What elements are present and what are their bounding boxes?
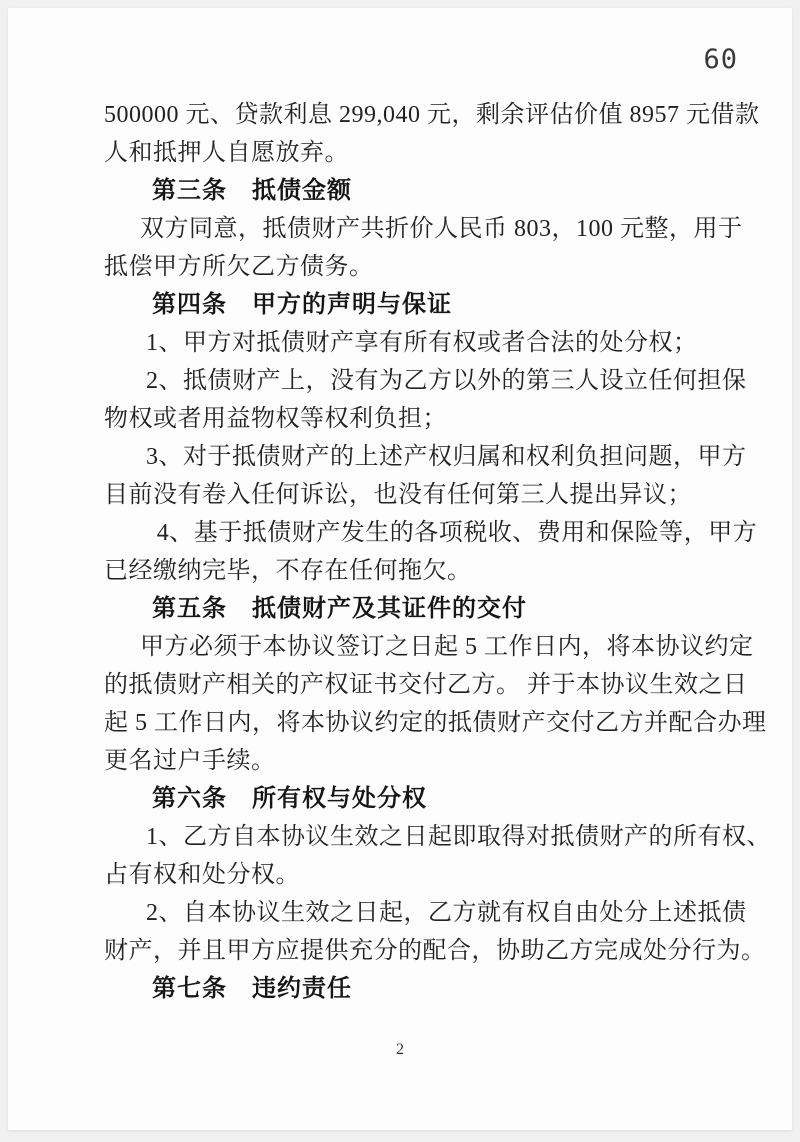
section-heading: 第七条 违约责任 (104, 970, 720, 1008)
section-heading: 第五条 抵债财产及其证件的交付 (104, 590, 720, 628)
doc-text-line: 双方同意，抵债财产共折价人民币 803，100 元整，用于 (104, 210, 720, 248)
doc-text-line: 1、甲方对抵债财产享有所有权或者合法的处分权； (104, 324, 720, 362)
doc-text-line: 目前没有卷入任何诉讼，也没有任何第三人提出异议； (104, 476, 720, 514)
doc-text-line: 人和抵押人自愿放弃。 (104, 134, 720, 172)
doc-text-line: 的抵债财产相关的产权证书交付乙方。 并于本协议生效之日 (104, 666, 720, 704)
doc-text-line: 更名过户手续。 (104, 742, 720, 780)
document-content: 500000 元、贷款利息 299,040 元，剩余评估价值 8957 元借款人… (104, 96, 720, 1008)
section-heading: 第六条 所有权与处分权 (104, 780, 720, 818)
doc-text-line: 抵偿甲方所欠乙方债务。 (104, 248, 720, 286)
screenshot-root: 60 500000 元、贷款利息 299,040 元，剩余评估价值 8957 元… (0, 0, 800, 1142)
doc-text-line: 起 5 工作日内，将本协议约定的抵债财产交付乙方并配合办理 (104, 704, 720, 742)
document-page: 60 500000 元、贷款利息 299,040 元，剩余评估价值 8957 元… (8, 8, 792, 1130)
page-stamp-number: 60 (703, 44, 738, 75)
doc-text-line: 财产，并且甲方应提供充分的配合，协助乙方完成处分行为。 (104, 932, 720, 970)
doc-text-line: 甲方必须于本协议签订之日起 5 工作日内，将本协议约定 (104, 628, 720, 666)
doc-text-line: 500000 元、贷款利息 299,040 元，剩余评估价值 8957 元借款 (104, 96, 720, 134)
section-heading: 第四条 甲方的声明与保证 (104, 286, 720, 324)
doc-text-line: 物权或者用益物权等权利负担； (104, 400, 720, 438)
section-heading: 第三条 抵债金额 (104, 172, 720, 210)
doc-text-line: 占有权和处分权。 (104, 856, 720, 894)
doc-text-line: 2、抵债财产上，没有为乙方以外的第三人设立任何担保 (104, 362, 720, 400)
doc-text-line: 3、对于抵债财产的上述产权归属和权利负担问题，甲方 (104, 438, 720, 476)
doc-text-line: 4、基于抵债财产发生的各项税收、费用和保险等，甲方 (104, 514, 720, 552)
page-number: 2 (8, 1041, 792, 1059)
doc-text-line: 已经缴纳完毕，不存在任何拖欠。 (104, 552, 720, 590)
doc-text-line: 1、乙方自本协议生效之日起即取得对抵债财产的所有权、 (104, 818, 720, 856)
doc-text-line: 2、自本协议生效之日起，乙方就有权自由处分上述抵债 (104, 894, 720, 932)
